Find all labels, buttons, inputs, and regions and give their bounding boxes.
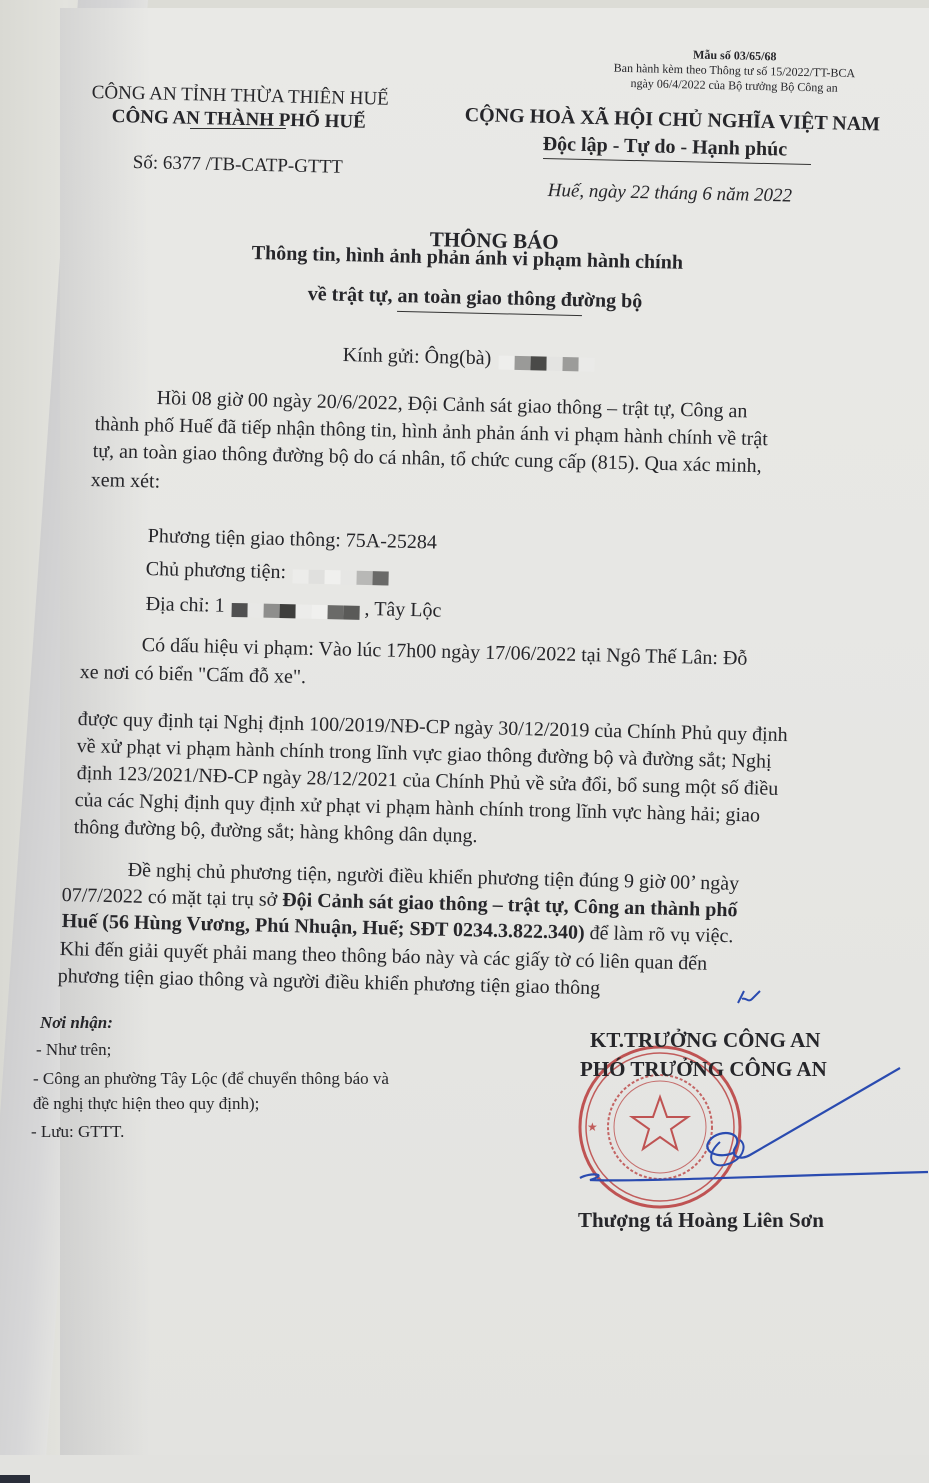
request-text: để làm rõ vụ việc.: [584, 922, 733, 947]
pen-mark-icon: [734, 985, 764, 1007]
redacted-recipient-name: [498, 353, 594, 369]
recipients-heading: Nơi nhận:: [40, 1013, 113, 1033]
recipient-item: - Như trên;: [36, 1040, 111, 1060]
signer-name: Thượng tá Hoàng Liên Sơn: [578, 1208, 824, 1233]
address-label: Địa chỉ: 1: [146, 593, 225, 617]
table-surface: [0, 1455, 929, 1483]
request-text: 07/7/2022 có mặt tại trụ sở: [62, 884, 283, 911]
recipient-item: đề nghị thực hiện theo quy định);: [33, 1094, 259, 1114]
recipient-item: - Lưu: GTTT.: [31, 1122, 124, 1142]
vehicle-label: Phương tiện giao thông:: [148, 525, 342, 551]
organization-underline: [190, 128, 286, 129]
redacted-address: [231, 600, 359, 617]
redacted-owner-name: [293, 567, 389, 583]
address-ward: , Tây Lộc: [364, 598, 441, 622]
greeting-label: Kính gửi: Ông(bà): [343, 344, 492, 369]
vehicle-plate: 75A-25284: [346, 529, 438, 553]
owner-label: Chủ phương tiện:: [146, 558, 287, 583]
form-reference: Mẫu số 03/65/68 Ban hành kèm theo Thông …: [584, 45, 885, 97]
dark-object: [0, 1475, 30, 1483]
recipient-item: - Công an phường Tây Lộc (để chuyển thôn…: [33, 1069, 389, 1089]
intro-line: xem xét:: [90, 469, 160, 494]
handwritten-signature-icon: [570, 1060, 929, 1190]
signature-authority-line1: KT.TRƯỞNG CÔNG AN: [590, 1028, 820, 1053]
